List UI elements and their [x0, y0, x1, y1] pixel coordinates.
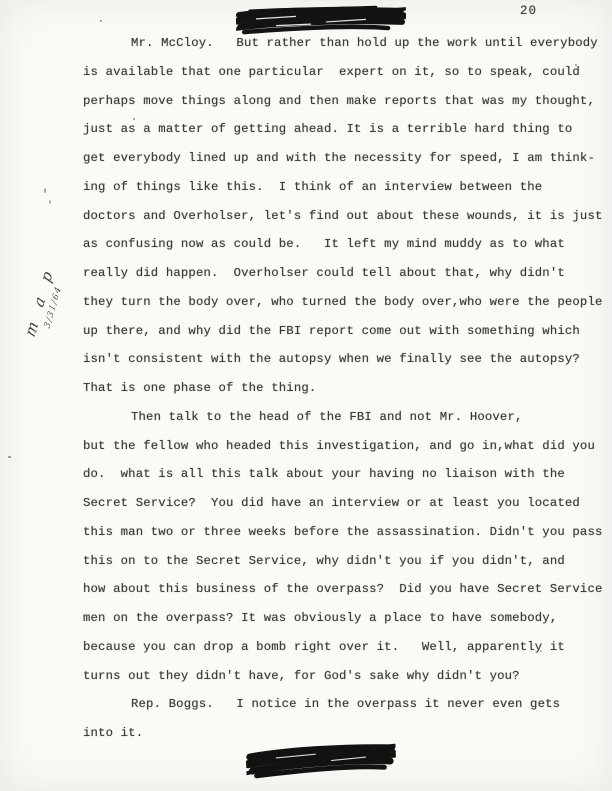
transcript-line: up there, and why did the FBI report com… — [83, 317, 595, 346]
transcript-line: isn't consistent with the autopsy when w… — [83, 345, 595, 374]
transcript-line: but the fellow who headed this investiga… — [83, 432, 595, 461]
transcript-text-block: Mr. McCloy. But rather than hold up the … — [83, 29, 595, 748]
scanned-document-page: 20 TOP SECRET Mr. McCloy. But rather tha… — [0, 0, 612, 791]
transcript-line: they turn the body over, who turned the … — [83, 288, 595, 317]
transcript-line: ing of things like this. I think of an i… — [83, 173, 595, 202]
bottom-stamp-obliterated — [245, 741, 396, 780]
transcript-line: Then talk to the head of the FBI and not… — [83, 403, 595, 432]
margin-note-inner: m a p 3/31/64 — [21, 263, 68, 344]
scan-noise — [44, 188, 46, 193]
transcript-line: because you can drop a bomb right over i… — [83, 633, 595, 662]
scan-noise — [34, 330, 37, 333]
transcript-line: That is one phase of the thing. — [83, 374, 595, 403]
handwritten-initials: m a p — [21, 263, 58, 340]
transcript-line: just as a matter of getting ahead. It is… — [83, 115, 595, 144]
transcript-line: get everybody lined up and with the nece… — [83, 144, 595, 173]
transcript-line: men on the overpass? It was obviously a … — [83, 604, 595, 633]
transcript-line: do. what is all this talk about your hav… — [83, 460, 595, 489]
scan-noise — [8, 456, 11, 458]
scan-noise — [100, 20, 102, 22]
obliteration-scribble-icon — [245, 741, 396, 780]
transcript-line: doctors and Overholser, let's find out a… — [83, 202, 595, 231]
transcript-line: Mr. McCloy. But rather than hold up the … — [83, 29, 595, 58]
transcript-line: turns out they didn't have, for God's sa… — [83, 662, 595, 691]
transcript-line: Secret Service? You did have an intervie… — [83, 489, 595, 518]
scan-noise — [575, 64, 577, 66]
scan-noise — [49, 200, 51, 204]
page-number: 20 — [520, 4, 537, 18]
transcript-line: as confusing now as could be. It left my… — [83, 230, 595, 259]
transcript-line: this on to the Secret Service, why didn'… — [83, 547, 595, 576]
scan-noise — [133, 118, 135, 120]
handwritten-date: 3/31/64 — [43, 284, 64, 330]
scan-noise — [540, 650, 542, 652]
transcript-line: really did happen. Overholser could tell… — [83, 259, 595, 288]
transcript-line: perhaps move things along and then make … — [83, 87, 595, 116]
transcript-line: is available that one particular expert … — [83, 58, 595, 87]
transcript-line: Rep. Boggs. I notice in the overpass it … — [83, 690, 595, 719]
transcript-line: this man two or three weeks before the a… — [83, 518, 595, 547]
transcript-line: how about this business of the overpass?… — [83, 575, 595, 604]
